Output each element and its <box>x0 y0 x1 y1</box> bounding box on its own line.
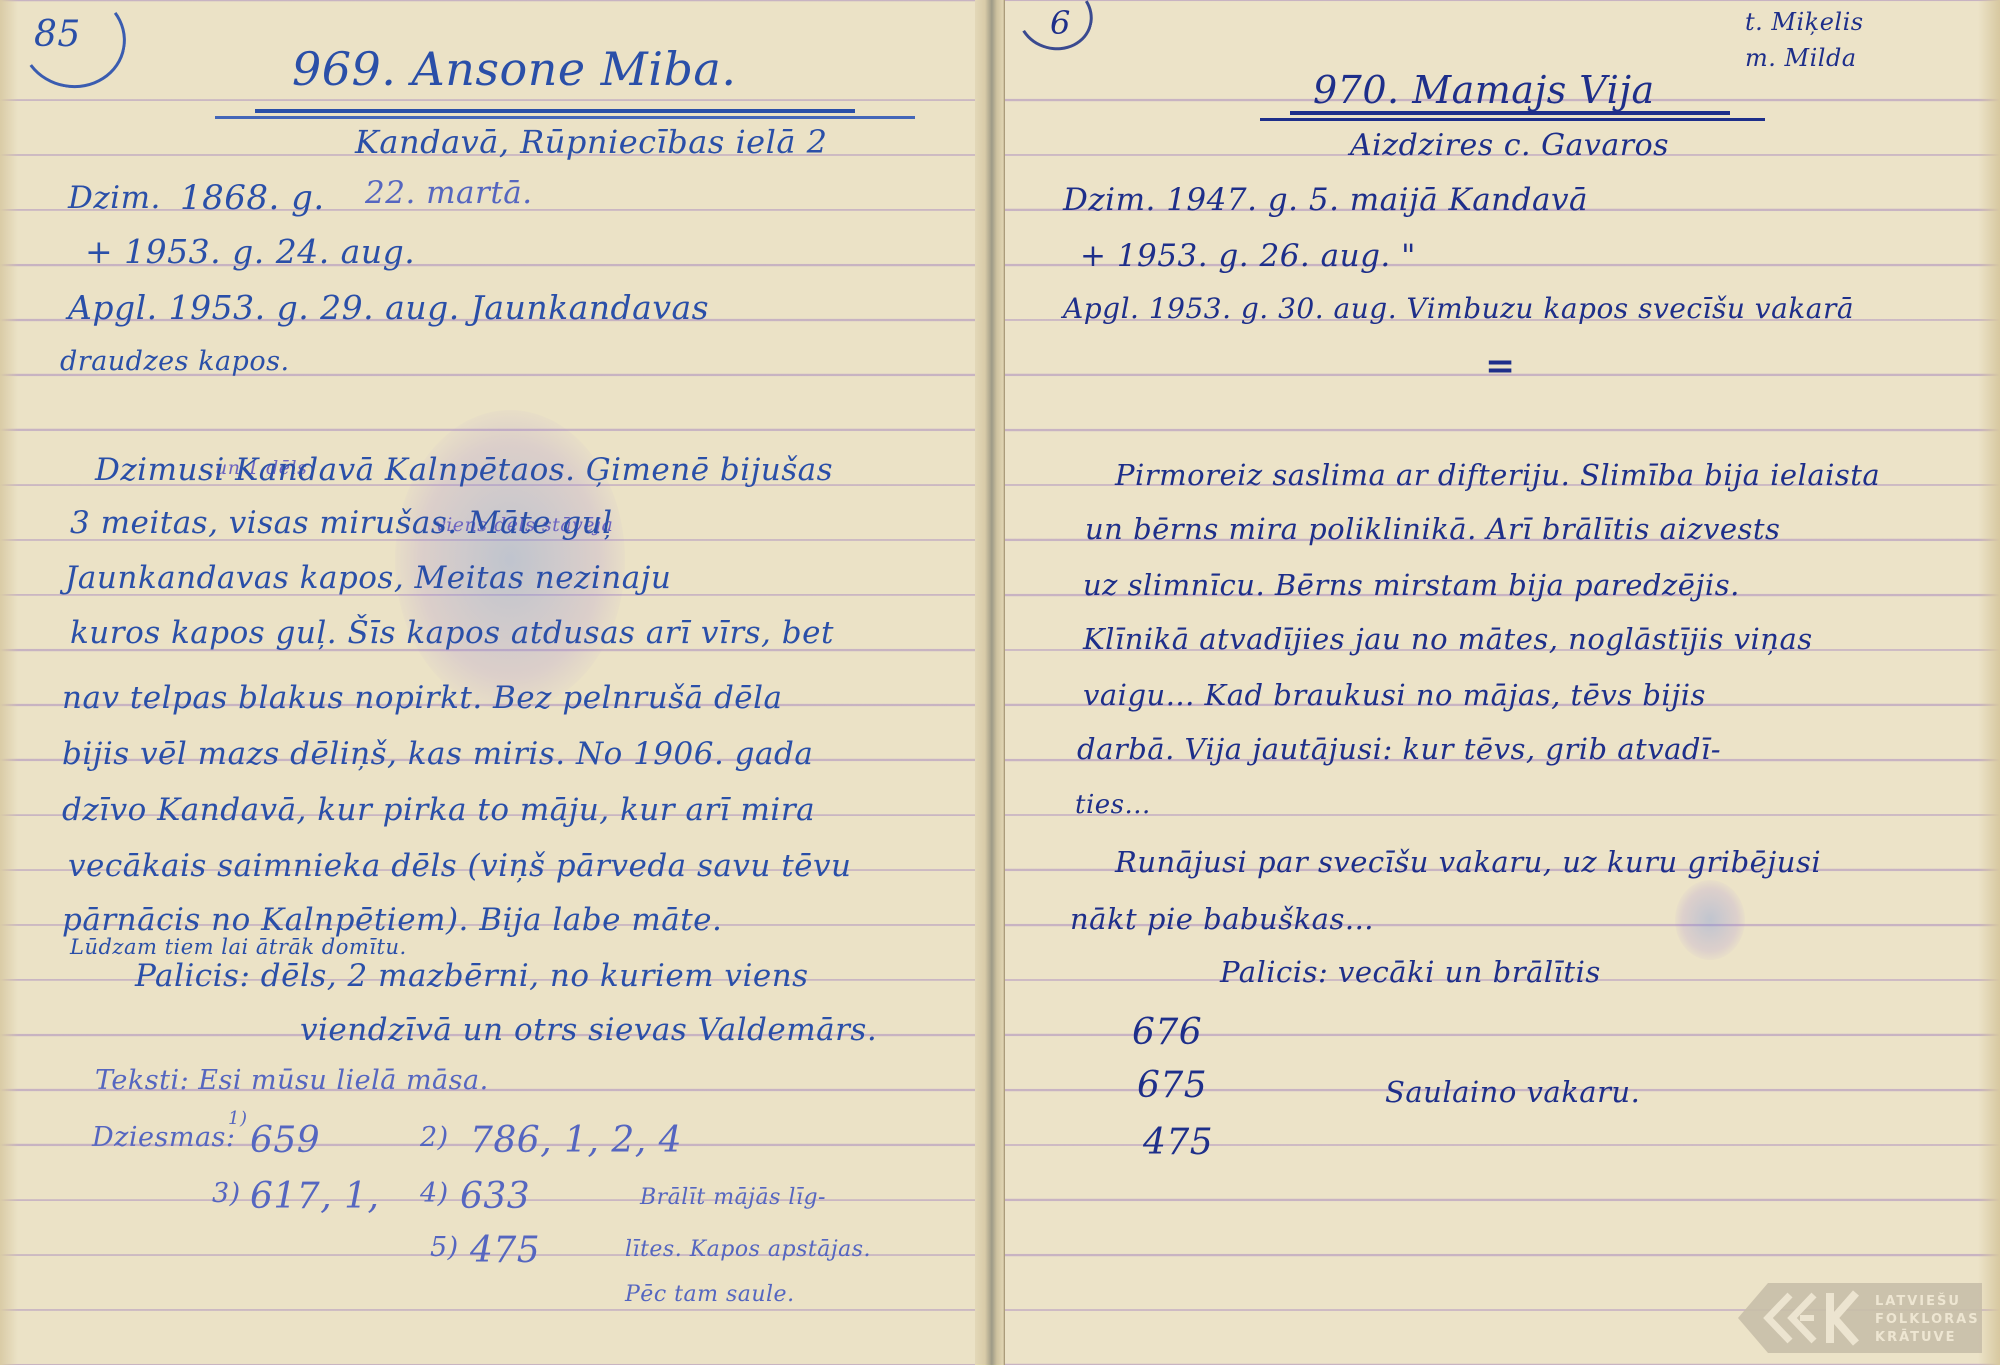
title-underline-2 <box>1260 118 1765 121</box>
left-notebook-page: 85 969. Ansone Miba. Kandavā, Rūpniecība… <box>0 0 985 1365</box>
narrative-line-6: darbā. Vija jautājusi: kur tēvs, grib at… <box>1077 732 1721 766</box>
title-underline <box>1290 111 1730 115</box>
entry-address: Kandavā, Rūpniecības ielā 2 <box>355 123 827 161</box>
narrative-line-10: Lūdzam tiem lai ātrāk domītu. <box>70 935 407 959</box>
narrative-line-1: Dzimusi Kandavā Kalnpētaos. Ģimenē bijuš… <box>95 452 833 488</box>
side-note-line-1: Brālīt mājās līg- <box>640 1185 826 1210</box>
side-note-line-3: Pēc tam saule. <box>625 1282 795 1307</box>
melody-number-2: 675 <box>1137 1065 1207 1106</box>
narrative-2-line-1: Runājusi par svecīšu vakaru, uz kuru gri… <box>1115 845 1821 879</box>
melody-item-1: 659 <box>250 1120 320 1161</box>
survivors-line-2: viendzīvā un otrs sievas Valdemārs. <box>300 1012 877 1048</box>
side-note-line-2: lītes. Kapos apstājas. <box>625 1237 871 1262</box>
melody-item-4-num: 4) <box>420 1178 449 1209</box>
page-edge-shadow <box>0 0 18 1365</box>
narrative-line-4: Klīnikā atvadījies jau no mātes, noglāst… <box>1083 622 1813 656</box>
buried-line-2: draudzes kapos. <box>60 346 290 377</box>
melody-number-3: 475 <box>1143 1122 1213 1163</box>
narrative-line-9: pārnācis no Kalnpētiem). Bija labe māte. <box>62 902 722 938</box>
narrative-line-5: vaigu... Kad braukusi no mājas, tēvs bij… <box>1083 678 1706 712</box>
narrative-line-6: bijis vēl mazs dēliņš, kas miris. No 190… <box>62 736 813 772</box>
page-number-circle <box>12 0 133 96</box>
survivors-line: Palicis: dēls, 2 mazbērni, no kuriem vie… <box>135 958 809 994</box>
narrative-line-8: vecākais saimnieka dēls (viņš pārveda sa… <box>68 848 852 884</box>
narrative-line-2: un bērns mira poliklinikā. Arī brālītis … <box>1085 512 1780 546</box>
right-notebook-page: 6 t. Miķelis m. Milda 970. Mamajs Vija A… <box>1005 0 2000 1365</box>
melody-item-2: 786, 1, 2, 4 <box>470 1120 682 1161</box>
melody-item-5: 475 <box>470 1230 540 1271</box>
song-note: Saulaino vakaru. <box>1385 1075 1640 1109</box>
narrative-line-3: uz slimnīcu. Bērns mirstam bija paredzēj… <box>1083 568 1740 602</box>
narrative-line-7: dzīvo Kandavā, kur pirka to māju, kur ar… <box>62 792 815 828</box>
logo-line-2: FOLKLORAS <box>1875 1312 1980 1327</box>
melody-item-3-num: 3) <box>212 1178 241 1209</box>
born-date: 22. martā. <box>365 175 533 211</box>
narrative-line-5: nav telpas blakus nopirkt. Bez pelnrušā … <box>62 680 783 716</box>
entry-address: Aizdzires c. Gavaros <box>1350 128 1669 163</box>
melody-number-1: 676 <box>1132 1012 1202 1053</box>
equals-mark: = <box>1485 345 1516 387</box>
narrative-line-7: ties... <box>1075 790 1151 820</box>
entry-title: 970. Mamajs Vija <box>1313 68 1655 112</box>
melody-item-5-num: 5) <box>430 1232 459 1263</box>
buried-line: Apgl. 1953. g. 30. aug. Vimbuzu kapos sv… <box>1063 292 1854 325</box>
born-label: Dzim. <box>68 180 161 216</box>
father-name: t. Miķelis <box>1745 8 1864 36</box>
born-year: 1868. g. <box>180 178 325 218</box>
narrative-line-2: 3 meitas, visas mirušas. Māte guļ <box>70 505 613 541</box>
survivors-line: Palicis: vecāki un brālītis <box>1220 955 1601 989</box>
born-line: Dzim. 1947. g. 5. maijā Kandavā <box>1063 182 1588 218</box>
melody-item-3: 617, 1, <box>250 1176 379 1217</box>
ink-stain <box>1675 880 1745 960</box>
title-underline <box>255 109 855 113</box>
logo-line-3: KRĀTUVE <box>1875 1330 1957 1345</box>
narrative-line-4: kuros kapos guļ. Šīs kapos atdusas arī v… <box>70 615 834 651</box>
entry-title: 969. Ansone Miba. <box>292 42 736 96</box>
page-edge-shadow <box>1978 0 2000 1365</box>
narrative-line-3: Jaunkandavas kapos, Meitas nezinaju <box>65 560 671 596</box>
narrative-line-1: Pirmoreiz saslima ar difteriju. Slimība … <box>1115 458 1880 492</box>
died-line: + 1953. g. 24. aug. <box>85 232 415 271</box>
logo-line-1: LATVIEŠU <box>1875 1294 1961 1309</box>
title-underline-2 <box>215 116 915 119</box>
melody-item-2-num: 2) <box>420 1122 449 1153</box>
melody-item-1-num: 1) <box>228 1108 247 1129</box>
page-number-circle <box>1009 0 1100 59</box>
narrative-2-line-2: nākt pie babuškas... <box>1070 902 1374 936</box>
melody-item-4: 633 <box>460 1176 530 1217</box>
died-line: + 1953. g. 26. aug. " <box>1080 238 1416 274</box>
buried-line-1: Apgl. 1953. g. 29. aug. Jaunkandavas <box>68 288 709 327</box>
melodies-label: Dziesmas: <box>92 1122 236 1153</box>
texts-line: Teksti: Esi mūsu lielā māsa. <box>95 1065 489 1096</box>
mother-name: m. Milda <box>1745 44 1857 72</box>
